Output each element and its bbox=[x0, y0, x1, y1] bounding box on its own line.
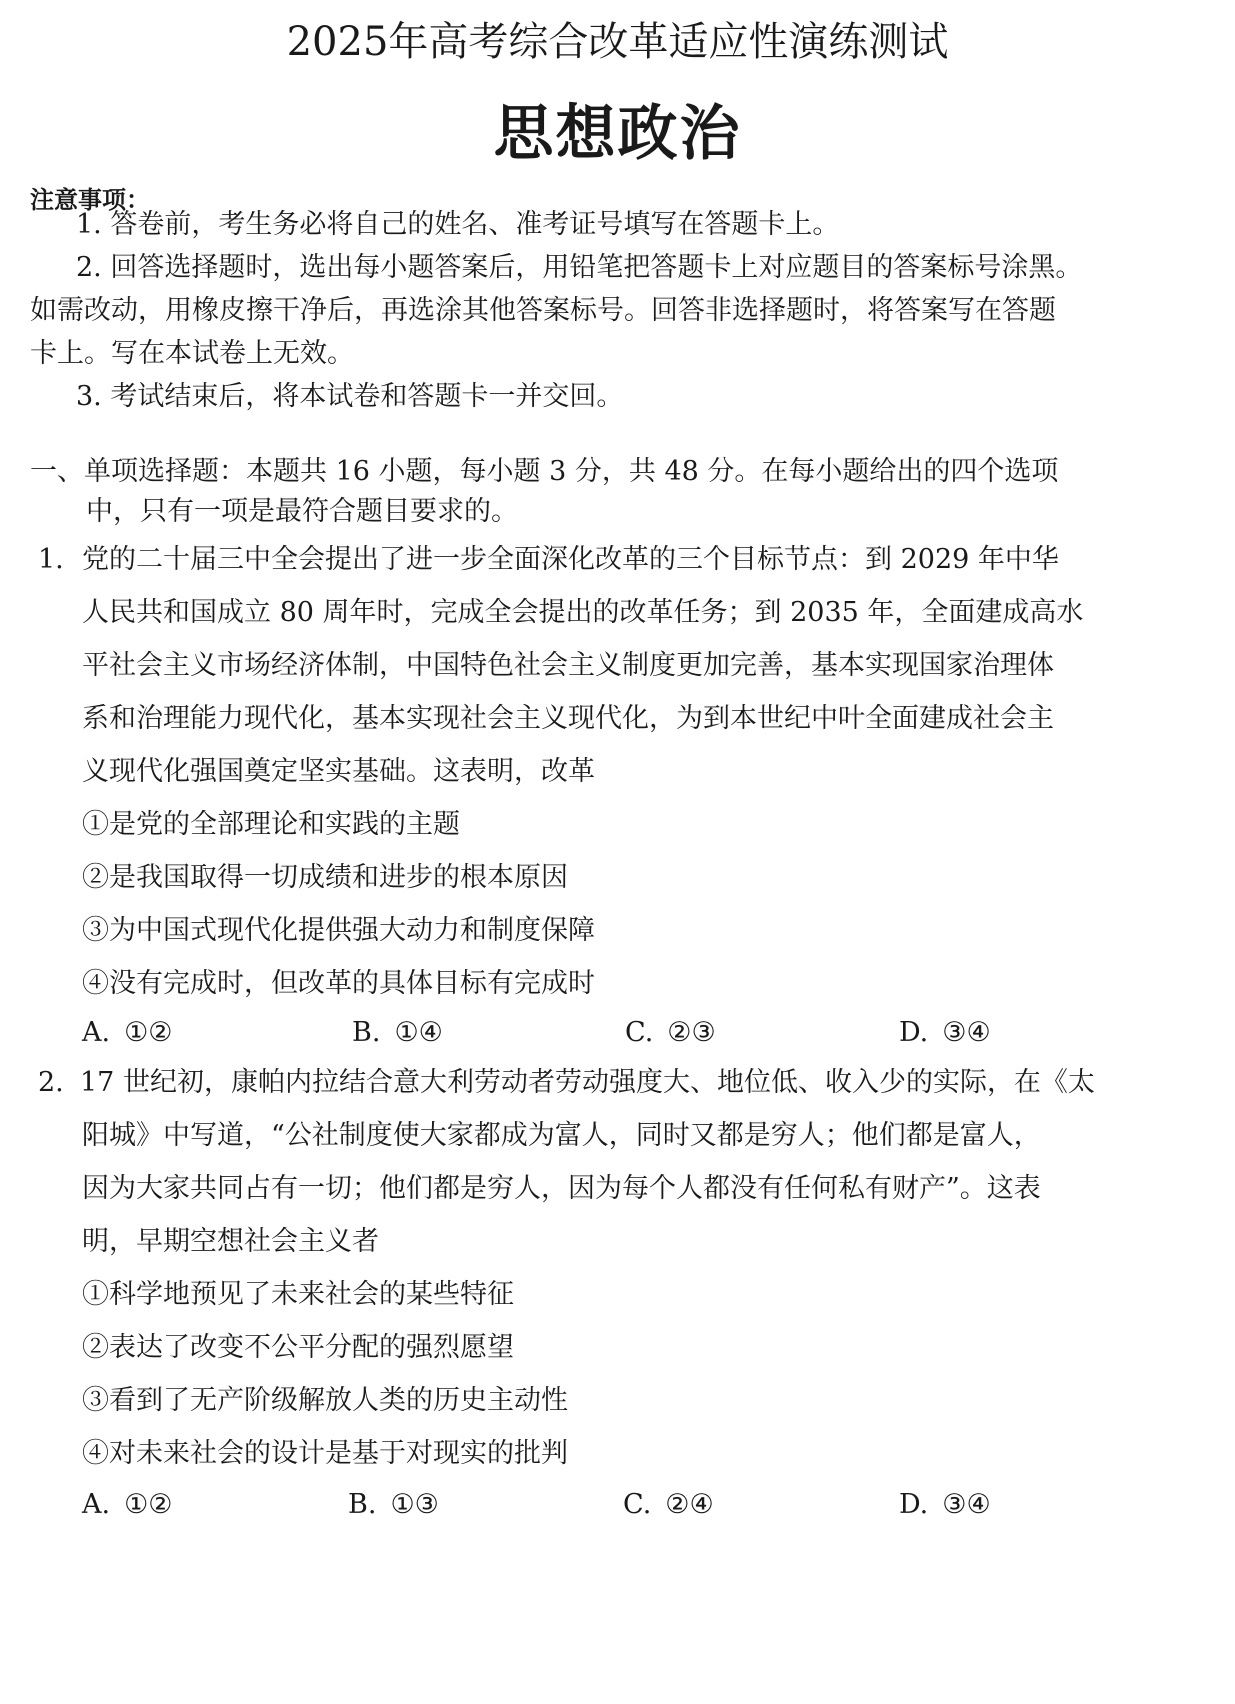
option-value: ③④ bbox=[942, 1489, 990, 1520]
question-stem-line: 因为大家共同占有一切；他们都是穷人，因为每个人都没有任何私有财产”。这表 bbox=[82, 1169, 1041, 1209]
question-stem-line: 阳城》中写道，“公社制度使大家都成为富人，同时又都是穷人；他们都是富人， bbox=[82, 1116, 1041, 1156]
statement-1: ①科学地预见了未来社会的某些特征 bbox=[82, 1275, 514, 1315]
notice-line-2-cont2: 卡上。写在本试卷上无效。 bbox=[30, 334, 1205, 374]
option-value: ①② bbox=[124, 1489, 172, 1520]
option-letter: A. bbox=[82, 1489, 110, 1520]
option-b[interactable]: B.①③ bbox=[348, 1485, 439, 1525]
option-letter: B. bbox=[352, 1017, 380, 1048]
statement-3: ③看到了无产阶级解放人类的历史主动性 bbox=[82, 1381, 568, 1421]
option-value: ②④ bbox=[665, 1489, 713, 1520]
question-stem-line: 17 世纪初，康帕内拉结合意大利劳动者劳动强度大、地位低、收入少的实际，在《太 bbox=[80, 1063, 1095, 1103]
option-c[interactable]: C.②④ bbox=[623, 1485, 714, 1525]
option-letter: C. bbox=[625, 1017, 653, 1048]
exam-page: 2025年高考综合改革适应性演练测试 思想政治 注意事项： 1. 答卷前，考生务… bbox=[0, 0, 1235, 1704]
option-d[interactable]: D.③④ bbox=[899, 1013, 991, 1053]
question-stem-line: 系和治理能力现代化，基本实现社会主义现代化，为到本世纪中叶全面建成社会主 bbox=[82, 699, 1054, 739]
statement-3: ③为中国式现代化提供强大动力和制度保障 bbox=[82, 911, 595, 951]
option-value: ②③ bbox=[667, 1017, 715, 1048]
section-header-line-2: 中，只有一项是最符合题目要求的。 bbox=[30, 492, 1210, 532]
question-number: 1. bbox=[38, 540, 64, 580]
notice-line-2: 2. 回答选择题时，选出每小题答案后，用铅笔把答题卡上对应题目的答案标号涂黑。 bbox=[76, 248, 1235, 288]
option-letter: D. bbox=[899, 1017, 928, 1048]
exam-title: 2025年高考综合改革适应性演练测试 bbox=[0, 14, 1235, 70]
statement-2: ②表达了改变不公平分配的强烈愿望 bbox=[82, 1328, 514, 1368]
notice-line-3: 3. 考试结束后，将本试卷和答题卡一并交回。 bbox=[76, 377, 1235, 417]
question-stem-line: 人民共和国成立 80 周年时，完成全会提出的改革任务；到 2035 年，全面建成… bbox=[82, 593, 1083, 633]
option-value: ③④ bbox=[942, 1017, 990, 1048]
option-letter: D. bbox=[899, 1489, 928, 1520]
subject-title: 思想政治 bbox=[0, 96, 1235, 172]
notice-line-1: 1. 答卷前，考生务必将自己的姓名、准考证号填写在答题卡上。 bbox=[76, 205, 1235, 245]
option-d[interactable]: D.③④ bbox=[899, 1485, 991, 1525]
notice-line-2-cont: 如需改动，用橡皮擦干净后，再选涂其他答案标号。回答非选择题时，将答案写在答题 bbox=[30, 291, 1205, 331]
option-letter: A. bbox=[82, 1017, 110, 1048]
option-letter: C. bbox=[623, 1489, 651, 1520]
option-c[interactable]: C.②③ bbox=[625, 1013, 716, 1053]
question-stem-line: 党的二十届三中全会提出了进一步全面深化改革的三个目标节点：到 2029 年中华 bbox=[82, 540, 1059, 580]
question-stem-line: 平社会主义市场经济体制，中国特色社会主义制度更加完善，基本实现国家治理体 bbox=[82, 646, 1054, 686]
statement-4: ④对未来社会的设计是基于对现实的批判 bbox=[82, 1434, 568, 1474]
question-number: 2. bbox=[38, 1063, 64, 1103]
statement-2: ②是我国取得一切成绩和进步的根本原因 bbox=[82, 858, 568, 898]
section-header: 一、单项选择题：本题共 16 小题，每小题 3 分，共 48 分。在每小题给出的… bbox=[30, 452, 1210, 532]
statement-1: ①是党的全部理论和实践的主题 bbox=[82, 805, 460, 845]
answer-options: A.①② B.①③ C.②④ D.③④ bbox=[82, 1485, 1202, 1525]
option-a[interactable]: A.①② bbox=[82, 1485, 173, 1525]
statement-4: ④没有完成时，但改革的具体目标有完成时 bbox=[82, 964, 595, 1004]
section-header-line-1: 一、单项选择题：本题共 16 小题，每小题 3 分，共 48 分。在每小题给出的… bbox=[30, 452, 1210, 492]
answer-options: A.①② B.①④ C.②③ D.③④ bbox=[82, 1013, 1202, 1053]
option-value: ①④ bbox=[394, 1017, 442, 1048]
option-a[interactable]: A.①② bbox=[82, 1013, 173, 1053]
question-stem-line: 义现代化强国奠定坚实基础。这表明，改革 bbox=[82, 752, 595, 792]
option-b[interactable]: B.①④ bbox=[352, 1013, 443, 1053]
option-value: ①② bbox=[124, 1017, 172, 1048]
option-letter: B. bbox=[348, 1489, 376, 1520]
question-stem-line: 明，早期空想社会主义者 bbox=[82, 1222, 379, 1262]
option-value: ①③ bbox=[390, 1489, 438, 1520]
